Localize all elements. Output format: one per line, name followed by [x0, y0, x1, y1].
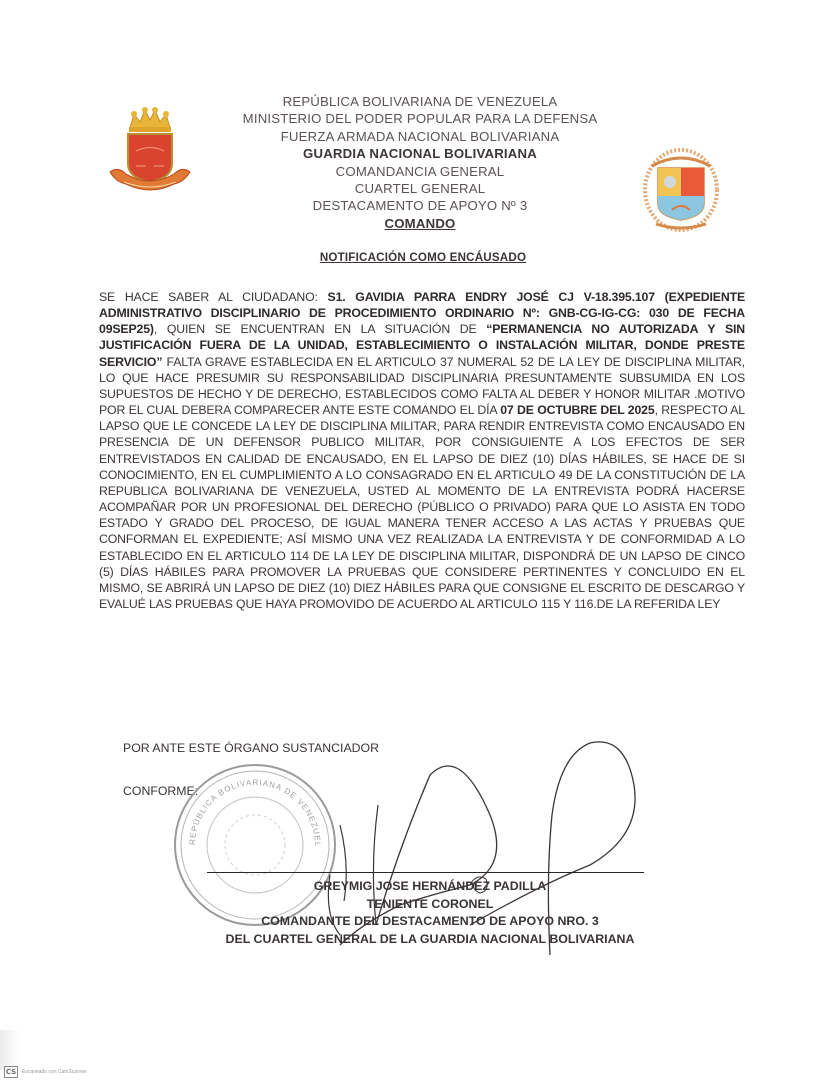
header-armed-forces: FUERZA ARMADA NACIONAL BOLIVARIANA [200, 128, 640, 145]
header-national-guard: GUARDIA NACIONAL BOLIVARIANA [200, 145, 640, 162]
notice-title: NOTIFICACIÓN COMO ENCÁUSADO [200, 251, 646, 264]
header-detachment: DESTACAMENTO DE APOYO Nº 3 [200, 197, 640, 214]
header-country: REPÚBLICA BOLIVARIANA DE VENEZUELA [200, 93, 640, 110]
camscanner-icon: CS [4, 1066, 18, 1078]
guardia-nacional-crest-icon [104, 106, 196, 198]
appearance-date: 07 DE OCTUBRE DEL 2025 [500, 403, 654, 417]
notice-body: SE HACE SABER AL CIUDADANO: S1. GAVIDIA … [99, 289, 745, 612]
header-ministry: MINISTERIO DEL PODER POPULAR PARA LA DEF… [200, 110, 640, 127]
header-command: COMANDO [200, 215, 640, 232]
header-headquarters: CUARTEL GENERAL [200, 180, 640, 197]
body-intro: SE HACE SABER AL CIUDADANO: [99, 290, 328, 304]
signatory-unit: DEL CUARTEL GENERAL DE LA GUARDIA NACION… [170, 931, 690, 949]
signatory-position: COMANDANTE DEL DESTACAMENTO DE APOYO NRO… [170, 913, 690, 931]
signatory-block: GREYMIG JOSE HERNÁNDEZ PADILLA TENIENTE … [170, 878, 690, 948]
body-part-4: , RESPECTO AL LAPSO QUE LE CONCEDE LA LE… [99, 403, 745, 611]
body-part-2: , QUIEN SE ENCUENTRAN EN LA SITUACIÓN DE [154, 322, 486, 336]
scanner-watermark: CS Escaneado con CamScanner [4, 1066, 87, 1078]
signatory-rank: TENIENTE CORONEL [170, 896, 690, 914]
document-page: REPÚBLICA BOLIVARIANA DE VENEZUELA MINIS… [0, 0, 816, 1080]
signatory-name: GREYMIG JOSE HERNÁNDEZ PADILLA [170, 878, 690, 896]
document-header: REPÚBLICA BOLIVARIANA DE VENEZUELA MINIS… [200, 93, 640, 232]
before-organ-label: POR ANTE ESTE ÓRGANO SUSTANCIADOR [123, 741, 379, 755]
scan-edge-shadow [0, 1030, 20, 1070]
header-command-general: COMANDANCIA GENERAL [200, 163, 640, 180]
signature-line [207, 872, 644, 873]
destacamento-crest-icon [642, 144, 720, 232]
scanner-text: Escaneado con CamScanner [22, 1069, 87, 1075]
svg-text:REPÚBLICA BOLIVARIANA DE VENEZ: REPÚBLICA BOLIVARIANA DE VENEZUELA · MIN… [170, 760, 322, 847]
